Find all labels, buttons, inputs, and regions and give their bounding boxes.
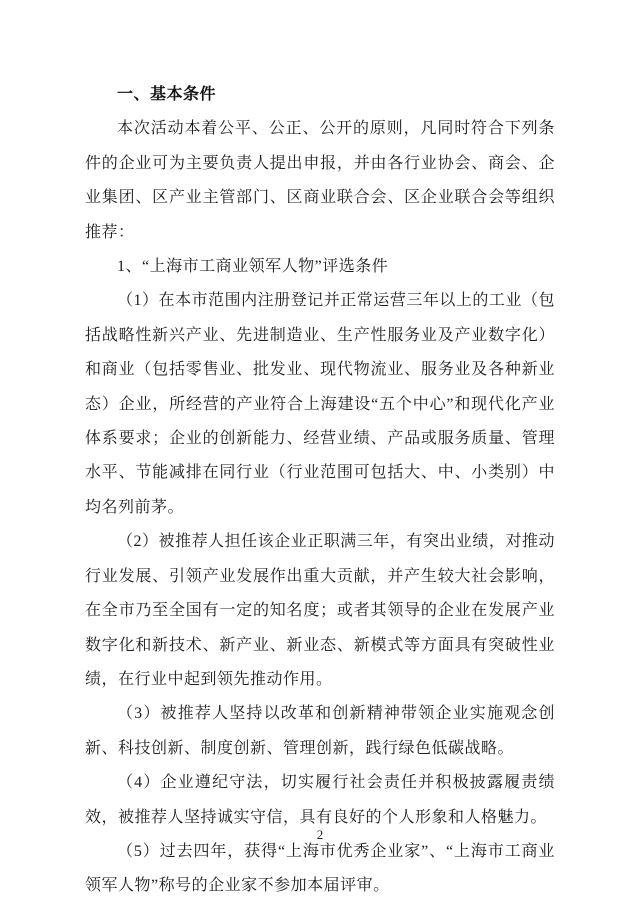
paragraph: 1、“上海市工商业领军人物”评选条件	[85, 250, 555, 284]
section-heading: 一、基本条件	[85, 78, 555, 112]
document-page: 一、基本条件 本次活动本着公平、公正、公开的原则，凡同时符合下列条件的企业可为主…	[0, 0, 640, 905]
paragraph: （1）在本市范围内注册登记并正常运营三年以上的工业（包括战略性新兴产业、先进制造…	[85, 284, 555, 525]
paragraph: （5）过去四年，获得“上海市优秀企业家”、“上海市工商业领军人物”称号的企业家不…	[85, 835, 555, 904]
paragraph: （4）企业遵纪守法，切实履行社会责任并积极披露履责绩效，被推荐人坚持诚实守信，具…	[85, 766, 555, 835]
paragraph: （3）被推荐人坚持以改革和创新精神带领企业实施观念创新、科技创新、制度创新、管理…	[85, 697, 555, 766]
page-number: 2	[0, 826, 640, 844]
document-body: 一、基本条件 本次活动本着公平、公正、公开的原则，凡同时符合下列条件的企业可为主…	[85, 78, 555, 904]
paragraph: 本次活动本着公平、公正、公开的原则，凡同时符合下列条件的企业可为主要负责人提出申…	[85, 112, 555, 250]
paragraph: （2）被推荐人担任该企业正职满三年，有突出业绩，对推动行业发展、引领产业发展作出…	[85, 525, 555, 697]
